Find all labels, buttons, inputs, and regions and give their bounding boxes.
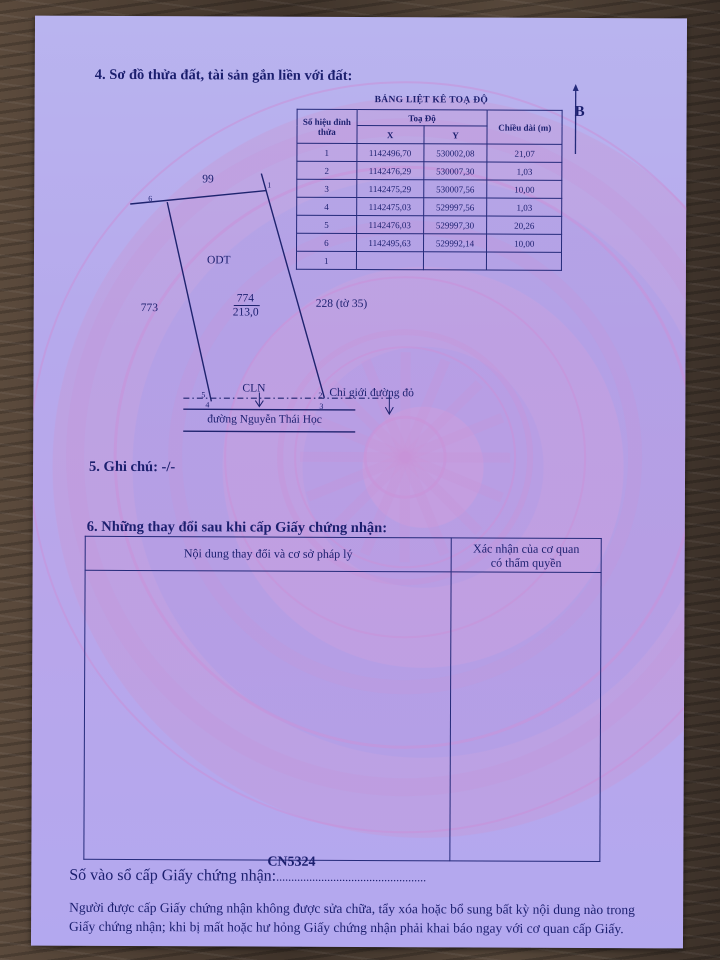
notice-text: Người được cấp Giấy chứng nhận không đượ… <box>69 898 635 938</box>
confirmation-header-line2: có thẩm quyền <box>452 555 601 570</box>
registry-label: Số vào sổ cấp Giấy chứng nhận: <box>69 867 276 885</box>
changes-header-confirmation: Xác nhận của cơ quan có thẩm quyền <box>451 538 601 573</box>
vertex-6-label: 6 <box>148 194 152 203</box>
parcel-area: 213,0 <box>233 306 259 318</box>
registry-number: CN5324 <box>267 855 315 871</box>
changes-confirmation-cell <box>450 572 601 862</box>
notice-line-1: Người được cấp Giấy chứng nhận không đượ… <box>69 898 635 919</box>
neighbor-left-label: 773 <box>141 302 158 314</box>
red-boundary-label: Chỉ giới đường đỏ <box>329 387 414 399</box>
confirmation-header-line1: Xác nhận của cơ quan <box>452 541 601 556</box>
vertex-4-label: 4 <box>205 400 209 409</box>
cln-label: CLN <box>242 382 265 394</box>
registry-dots: ........................................… <box>276 870 426 885</box>
section-6-title: 6. Những thay đổi sau khi cấp Giấy chứng… <box>87 519 387 537</box>
vertex-2-label: 2 <box>318 391 322 400</box>
parcel-number: 774 <box>237 292 254 304</box>
certificate-page: 4. Sơ đồ thửa đất, tài sản gắn liền với … <box>31 16 687 949</box>
changes-table: Nội dung thay đổi và cơ sở pháp lý Xác n… <box>83 536 601 862</box>
changes-header-content: Nội dung thay đổi và cơ sở pháp lý <box>85 536 451 572</box>
neighbor-right-label: 228 (tờ 35) <box>316 298 367 310</box>
land-type-label: ODT <box>207 254 231 266</box>
changes-content-cell <box>84 570 451 861</box>
section-5-title: 5. Ghi chú: -/- <box>89 459 175 476</box>
vertex-3-label: 3 <box>319 402 323 411</box>
vertex-5-label: 5 <box>201 390 205 399</box>
parcel-sketch <box>33 16 687 449</box>
vertex-1-label: 1 <box>267 181 271 190</box>
notice-line-2: Giấy chứng nhận; khi bị mất hoặc hư hỏng… <box>69 917 635 938</box>
neighbor-top-label: 99 <box>202 173 214 185</box>
registry-line: Số vào sổ cấp Giấy chứng nhận:..........… <box>69 867 426 887</box>
road-label: đường Nguyễn Thái Học <box>207 413 322 426</box>
